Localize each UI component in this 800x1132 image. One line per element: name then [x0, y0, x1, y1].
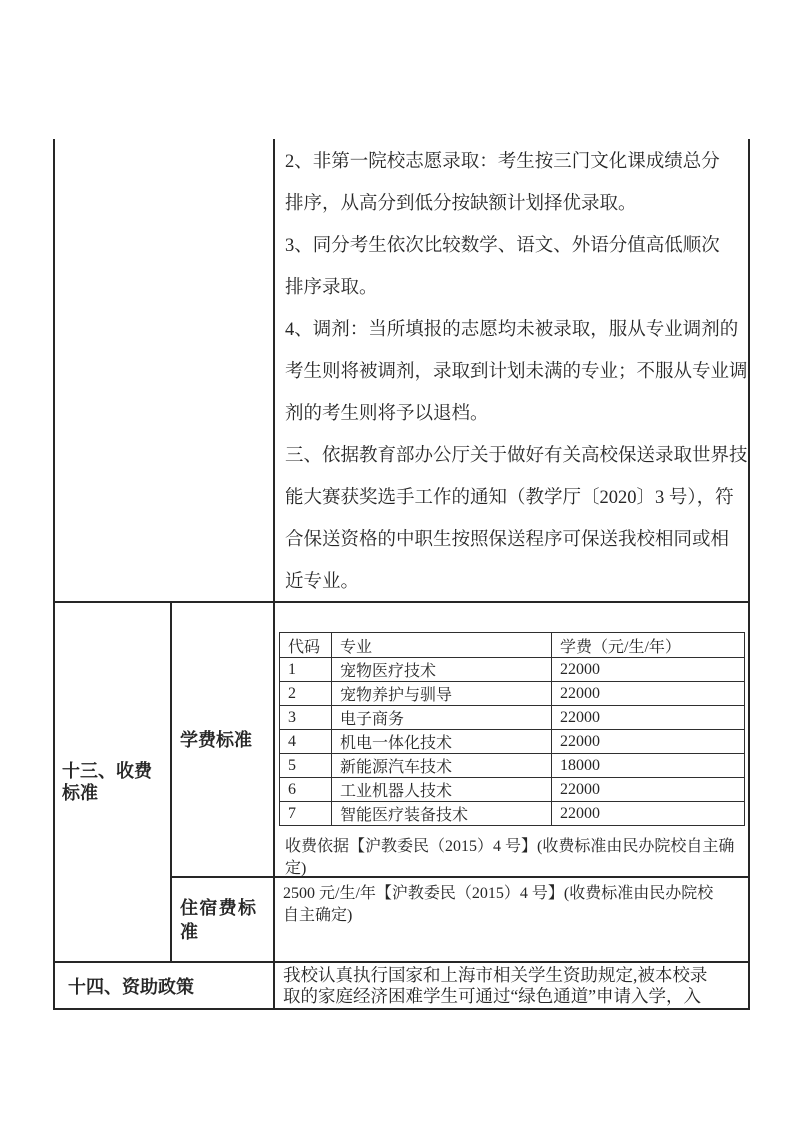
rule-text-line: 合保送资格的中职生按照保送程序可保送我校相同或相 — [285, 519, 748, 561]
rule-text-line: 2、非第一院校志愿录取：考生按三门文化课成绩总分 — [285, 141, 748, 183]
tuition-label: 学费标准 — [180, 729, 252, 751]
fee-table-cell: 3 — [280, 706, 332, 730]
rule-text-line: 排序，从高分到低分按缺额计划择优录取。 — [285, 183, 748, 225]
fee-table-cell: 6 — [280, 778, 332, 802]
document-table: 2、非第一院校志愿录取：考生按三门文化课成绩总分排序，从高分到低分按缺额计划择优… — [53, 139, 750, 1010]
fee-table-cell: 7 — [280, 802, 332, 826]
rule-text-line: 能大赛获奖选手工作的通知（教学厅〔2020〕3 号），符 — [285, 477, 748, 519]
fee-type-column: 学费标准 住宿费标准 — [172, 603, 275, 961]
fee-table-cell: 宠物医疗技术 — [332, 658, 552, 682]
text-line: 自主确定) — [283, 905, 748, 927]
fee-table-cell: 电子商务 — [332, 706, 552, 730]
rule-text-line: 4、调剂：当所填报的志愿均未被录取，服从专业调剂的 — [285, 309, 748, 351]
fee-table-body: 1宠物医疗技术220002宠物养护与驯导220003电子商务220004机电一体… — [280, 658, 745, 826]
fee-table-cell: 18000 — [552, 754, 745, 778]
text-line: 定) — [285, 858, 745, 878]
tuition-note: 收费依据【沪教委民（2015）4 号】(收费标准由民办院校自主确定) — [285, 836, 745, 878]
fee-table-cell: 4 — [280, 730, 332, 754]
text-line: 取的家庭经济困难学生可通过“绿色通道”申请入学，入 — [283, 986, 748, 1007]
fee-table-cell: 22000 — [552, 658, 745, 682]
admission-rules-row: 2、非第一院校志愿录取：考生按三门文化课成绩总分排序，从高分到低分按缺额计划择优… — [55, 139, 748, 603]
fee-table-header-cell: 专业 — [332, 633, 552, 658]
fee-table-header-row: 代码专业学费（元/生/年） — [280, 633, 745, 658]
fee-table-cell: 机电一体化技术 — [332, 730, 552, 754]
fee-table-cell: 22000 — [552, 802, 745, 826]
fees-row: 十三、收费标准 学费标准 住宿费标准 代码专业学费（元/ — [55, 603, 748, 963]
fee-table-row: 4机电一体化技术22000 — [280, 730, 745, 754]
fee-table-row: 5新能源汽车技术18000 — [280, 754, 745, 778]
aid-content-cell: 我校认真执行国家和上海市相关学生资助规定,被本校录取的家庭经济困难学生可通过“绿… — [275, 963, 748, 1008]
fee-table-cell: 22000 — [552, 706, 745, 730]
rule-text-line: 排序录取。 — [285, 267, 748, 309]
fee-table-header-cell: 学费（元/生/年） — [552, 633, 745, 658]
rule-text-line: 三、依据教育部办公厅关于做好有关高校保送录取世界技 — [285, 435, 748, 477]
fee-table-row: 3电子商务22000 — [280, 706, 745, 730]
fee-table-cell: 智能医疗装备技术 — [332, 802, 552, 826]
aid-row: 十四、资助政策 我校认真执行国家和上海市相关学生资助规定,被本校录取的家庭经济困… — [55, 963, 748, 1008]
fee-table-cell: 宠物养护与驯导 — [332, 682, 552, 706]
tuition-label-cell: 学费标准 — [172, 603, 273, 878]
text-line: 收费依据【沪教委民（2015）4 号】(收费标准由民办院校自主确 — [285, 836, 745, 858]
fees-row-label-cell: 十三、收费标准 — [55, 603, 172, 961]
fee-table-row: 7智能医疗装备技术22000 — [280, 802, 745, 826]
fees-row-label: 十三、收费标准 — [62, 760, 167, 804]
aid-row-label-cell: 十四、资助政策 — [55, 963, 275, 1008]
fee-table-cell: 22000 — [552, 682, 745, 706]
fee-table-cell: 2 — [280, 682, 332, 706]
rule-text-line: 3、同分考生依次比较数学、语文、外语分值高低顺次 — [285, 225, 748, 267]
fee-table-row: 2宠物养护与驯导22000 — [280, 682, 745, 706]
fee-table-row: 1宠物医疗技术22000 — [280, 658, 745, 682]
tuition-content-cell: 代码专业学费（元/生/年） 1宠物医疗技术220002宠物养护与驯导220003… — [275, 603, 748, 878]
rule-text-line: 剂的考生则将予以退档。 — [285, 393, 748, 435]
fee-table-cell: 22000 — [552, 730, 745, 754]
fee-table-cell: 1 — [280, 658, 332, 682]
text-line: 2500 元/生/年【沪教委民（2015）4 号】(收费标准由民办院校 — [283, 883, 748, 905]
page-root: 2、非第一院校志愿录取：考生按三门文化课成绩总分排序，从高分到低分按缺额计划择优… — [0, 0, 800, 1132]
rule-text-line: 近专业。 — [285, 561, 748, 601]
accommodation-label-cell: 住宿费标准 — [172, 878, 273, 961]
rule-text-line: 考生则将被调剂，录取到计划未满的专业；不服从专业调 — [285, 351, 748, 393]
fee-table-header-cell: 代码 — [280, 633, 332, 658]
text-line: 我校认真执行国家和上海市相关学生资助规定,被本校录 — [283, 965, 748, 986]
accommodation-content-cell: 2500 元/生/年【沪教委民（2015）4 号】(收费标准由民办院校自主确定) — [275, 878, 748, 961]
fee-table-cell: 22000 — [552, 778, 745, 802]
fee-table-cell: 5 — [280, 754, 332, 778]
admission-row-label-cell-empty — [55, 139, 275, 601]
admission-rules-cell: 2、非第一院校志愿录取：考生按三门文化课成绩总分排序，从高分到低分按缺额计划择优… — [275, 139, 748, 601]
aid-row-label: 十四、资助政策 — [68, 973, 194, 999]
accommodation-label: 住宿费标准 — [180, 896, 256, 944]
fee-table-row: 6工业机器人技术22000 — [280, 778, 745, 802]
fee-table: 代码专业学费（元/生/年） 1宠物医疗技术220002宠物养护与驯导220003… — [279, 632, 745, 826]
fee-table-cell: 工业机器人技术 — [332, 778, 552, 802]
fees-content-column: 代码专业学费（元/生/年） 1宠物医疗技术220002宠物养护与驯导220003… — [275, 603, 748, 961]
fee-table-cell: 新能源汽车技术 — [332, 754, 552, 778]
